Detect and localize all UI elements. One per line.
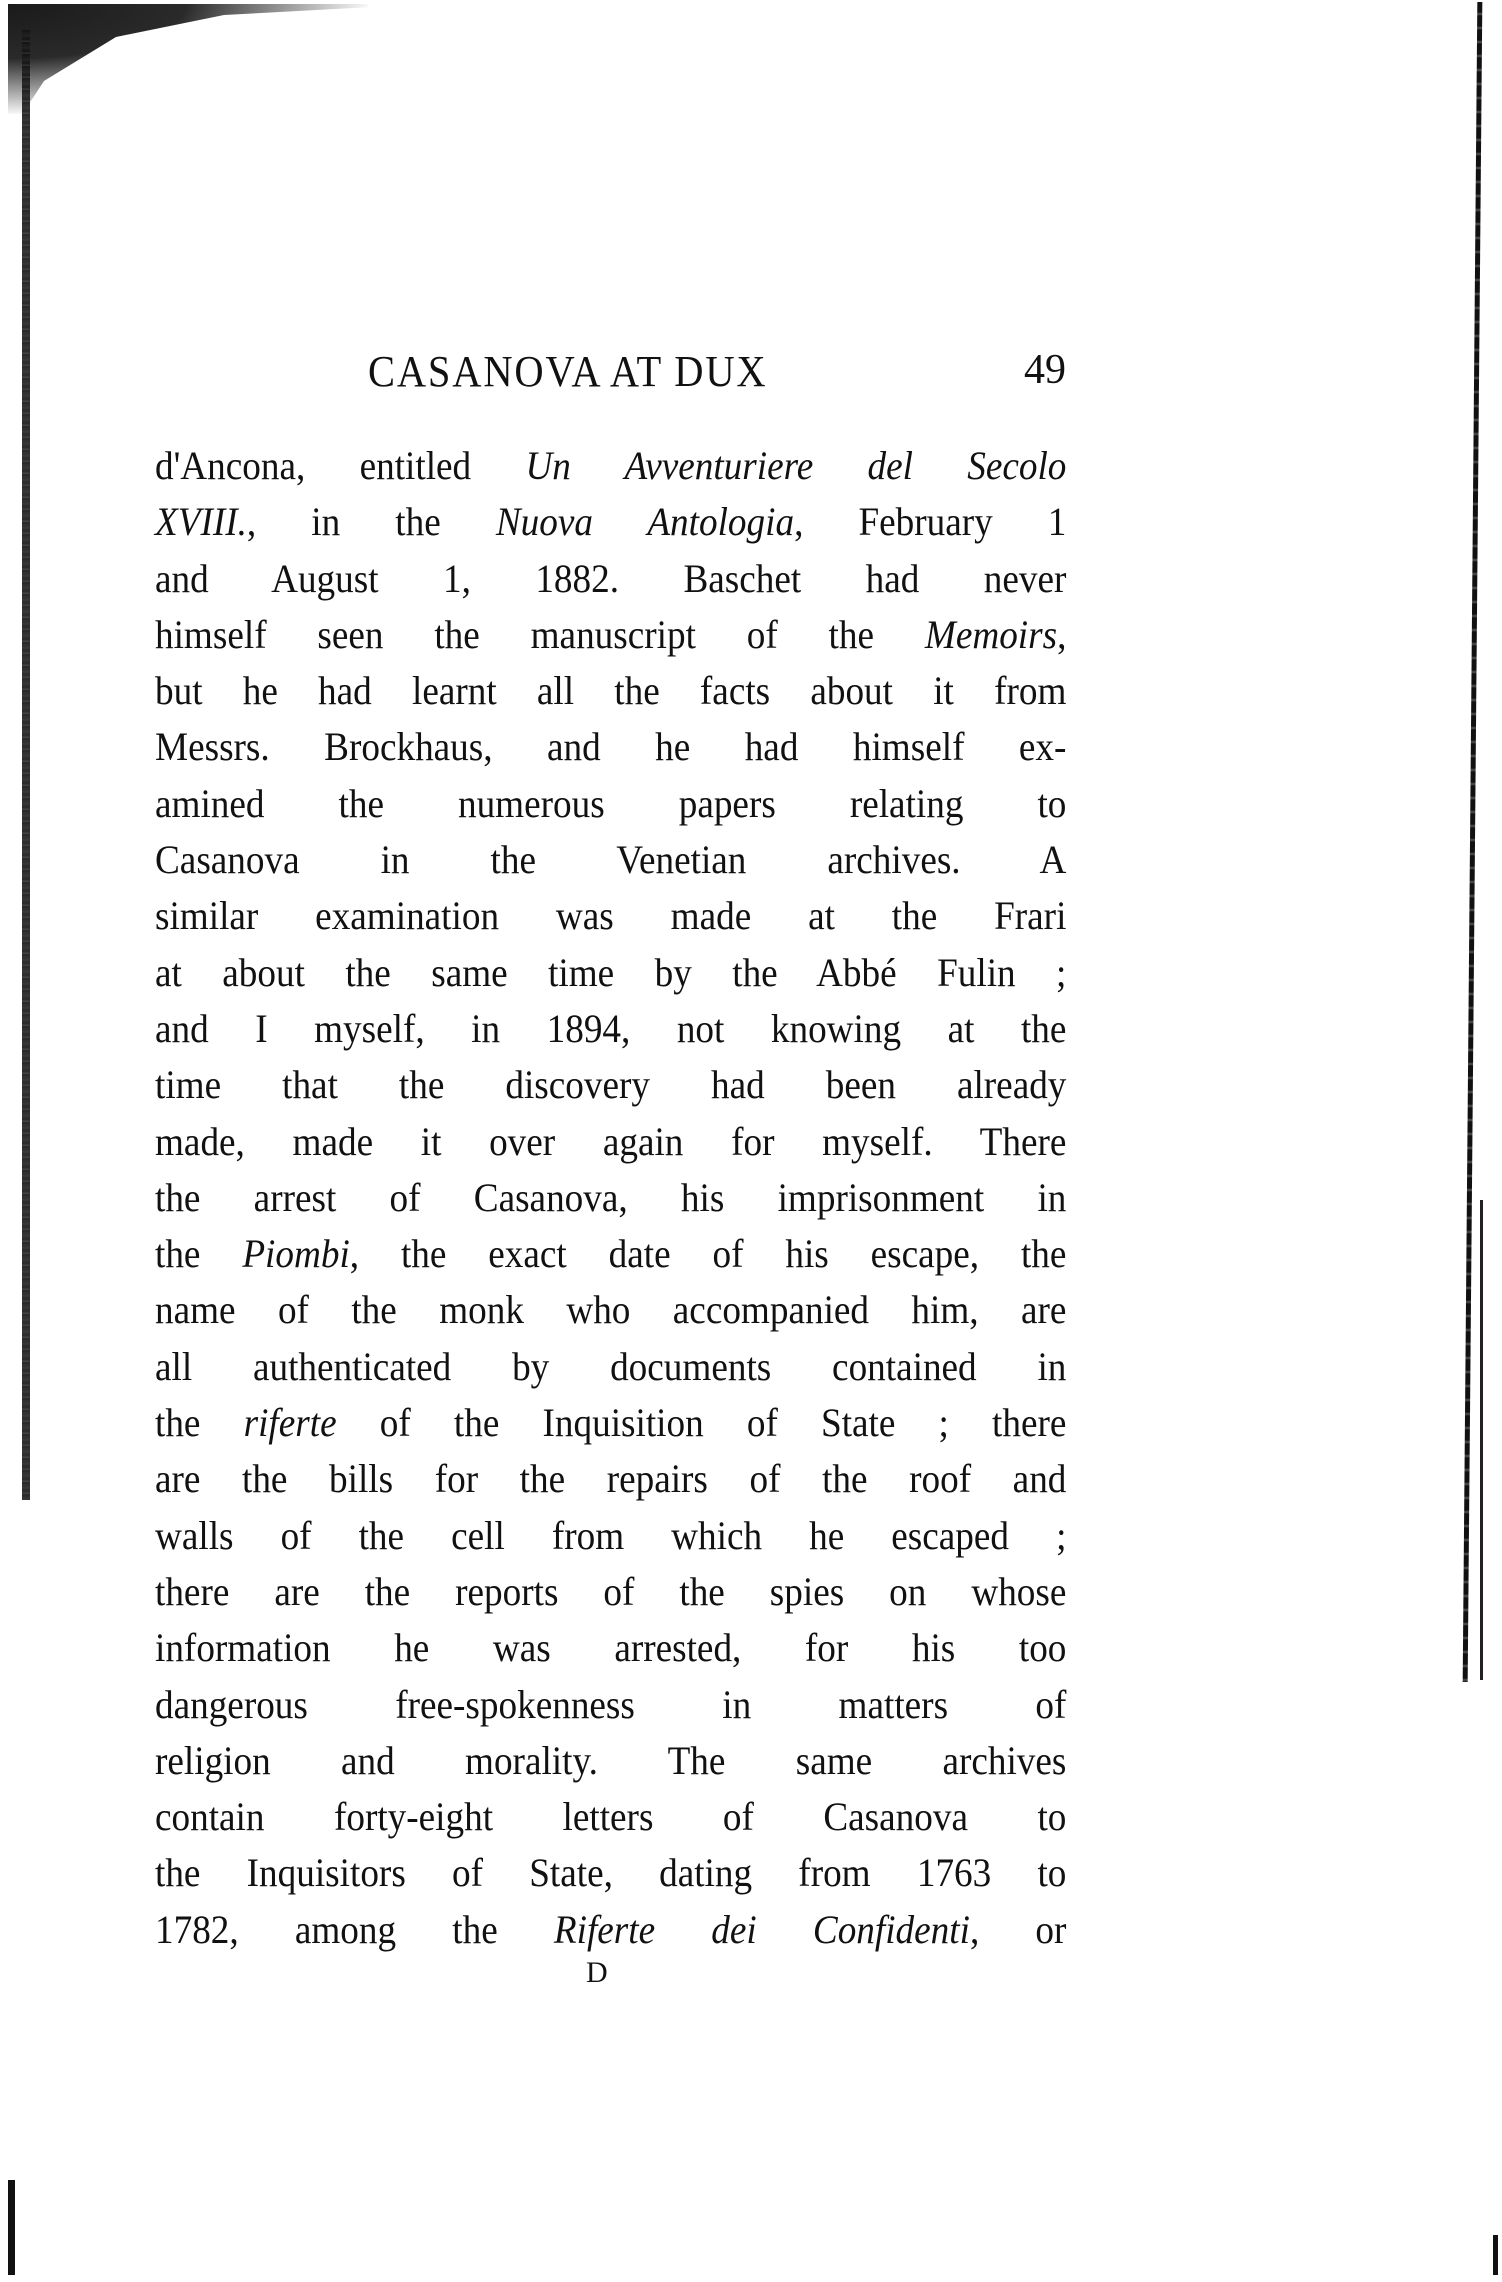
text-segment: 1782, among the (155, 1907, 554, 1952)
text-segment: , the exact date of his escape, the (350, 1231, 1067, 1276)
italic-text: Nuova Antologia (496, 499, 794, 544)
text-segment: there are the reports of the spies on wh… (155, 1569, 1066, 1614)
text-segment: d'Ancona, entitled (155, 443, 525, 488)
text-segment: walls of the cell from which he escaped … (155, 1513, 1066, 1558)
text-line: the Inquisitors of State, dating from 17… (155, 1845, 1066, 1901)
text-line: made, made it over again for myself. The… (155, 1114, 1066, 1170)
running-head: CASANOVA AT DUX 49 (368, 346, 1068, 406)
text-line: XVIII., in the Nuova Antologia, February… (155, 494, 1066, 550)
text-line: time that the discovery had been already (155, 1057, 1066, 1113)
text-line: the arrest of Casanova, his imprisonment… (155, 1170, 1066, 1226)
scan-right-edge-inner (1480, 1200, 1483, 1680)
body-text: d'Ancona, entitled Un Avventuriere del S… (155, 438, 1067, 1958)
italic-text: Memoirs (925, 612, 1057, 657)
italic-text: riferte (244, 1400, 337, 1445)
text-line: walls of the cell from which he escaped … (155, 1508, 1066, 1564)
text-segment: Casanova in the Venetian archives. A (155, 837, 1066, 882)
text-line: information he was arrested, for his too (155, 1620, 1066, 1676)
page-number: 49 (1024, 346, 1066, 394)
text-segment: at about the same time by the Abbé Fulin… (155, 950, 1066, 995)
text-line: Casanova in the Venetian archives. A (155, 832, 1066, 888)
text-line: all authenticated by documents contained… (155, 1339, 1066, 1395)
text-segment: are the bills for the repairs of the roo… (155, 1456, 1066, 1501)
text-segment: , February 1 (794, 499, 1066, 544)
text-line: but he had learnt all the facts about it… (155, 663, 1066, 719)
text-line: and August 1, 1882. Baschet had never (155, 551, 1066, 607)
text-segment: dangerous free-spokenness in matters of (155, 1682, 1066, 1727)
text-line: amined the numerous papers relating to (155, 776, 1066, 832)
italic-text: Piombi (242, 1231, 349, 1276)
text-line: religion and morality. The same archives (155, 1733, 1066, 1789)
text-line: and I myself, in 1894, not knowing at th… (155, 1001, 1066, 1057)
text-segment: contain forty-eight letters of Casanova … (155, 1794, 1066, 1839)
text-segment: made, made it over again for myself. The… (155, 1119, 1066, 1164)
scanned-book-page: CASANOVA AT DUX 49 d'Ancona, entitled Un… (0, 0, 1502, 2282)
text-line: the Piombi, the exact date of his escape… (155, 1226, 1066, 1282)
text-line: himself seen the manuscript of the Memoi… (155, 607, 1066, 663)
text-line: name of the monk who accompanied him, ar… (155, 1282, 1066, 1338)
text-line: 1782, among the Riferte dei Confidenti, … (155, 1902, 1066, 1958)
text-segment: the Inquisitors of State, dating from 17… (155, 1850, 1066, 1895)
text-line: the riferte of the Inquisition of State … (155, 1395, 1066, 1451)
text-line: dangerous free-spokenness in matters of (155, 1677, 1066, 1733)
text-segment: similar examination was made at the Frar… (155, 893, 1066, 938)
text-line: at about the same time by the Abbé Fulin… (155, 945, 1066, 1001)
italic-text: XVIII. (155, 499, 247, 544)
text-segment: the (155, 1400, 244, 1445)
text-segment: the arrest of Casanova, his imprisonment… (155, 1175, 1066, 1220)
text-segment: all authenticated by documents contained… (155, 1344, 1066, 1389)
text-segment: of the Inquisition of State ; there (337, 1400, 1067, 1445)
text-segment: information he was arrested, for his too (155, 1625, 1066, 1670)
text-segment: , or (970, 1907, 1066, 1952)
scan-left-edge (22, 30, 30, 1500)
text-segment: name of the monk who accompanied him, ar… (155, 1287, 1066, 1332)
text-line: Messrs. Brockhaus, and he had himself ex… (155, 719, 1066, 775)
text-line: similar examination was made at the Frar… (155, 888, 1066, 944)
text-segment: and August 1, 1882. Baschet had never (155, 556, 1066, 601)
italic-text: Riferte dei Confidenti (554, 1907, 970, 1952)
text-segment: and I myself, in 1894, not knowing at th… (155, 1006, 1066, 1051)
text-segment: amined the numerous papers relating to (155, 781, 1066, 826)
text-line: d'Ancona, entitled Un Avventuriere del S… (155, 438, 1066, 494)
text-segment: time that the discovery had been already (155, 1062, 1066, 1107)
text-segment: , in the (247, 499, 496, 544)
running-title: CASANOVA AT DUX (368, 346, 768, 397)
text-segment: himself seen the manuscript of the (155, 612, 925, 657)
scan-right-edge-bottom (1493, 2235, 1498, 2275)
text-line: there are the reports of the spies on wh… (155, 1564, 1066, 1620)
text-segment: , (1057, 612, 1066, 657)
text-segment: religion and morality. The same archives (155, 1738, 1066, 1783)
text-segment: but he had learnt all the facts about it… (155, 668, 1066, 713)
scan-corner-shadow (8, 4, 368, 114)
scan-left-edge-bottom (8, 2180, 15, 2275)
text-line: contain forty-eight letters of Casanova … (155, 1789, 1066, 1845)
text-line: are the bills for the repairs of the roo… (155, 1451, 1066, 1507)
text-segment: Messrs. Brockhaus, and he had himself ex… (155, 724, 1066, 769)
signature-mark: D (586, 1956, 608, 1990)
text-segment: the (155, 1231, 242, 1276)
italic-text: Un Avventuriere del Secolo (525, 443, 1066, 488)
